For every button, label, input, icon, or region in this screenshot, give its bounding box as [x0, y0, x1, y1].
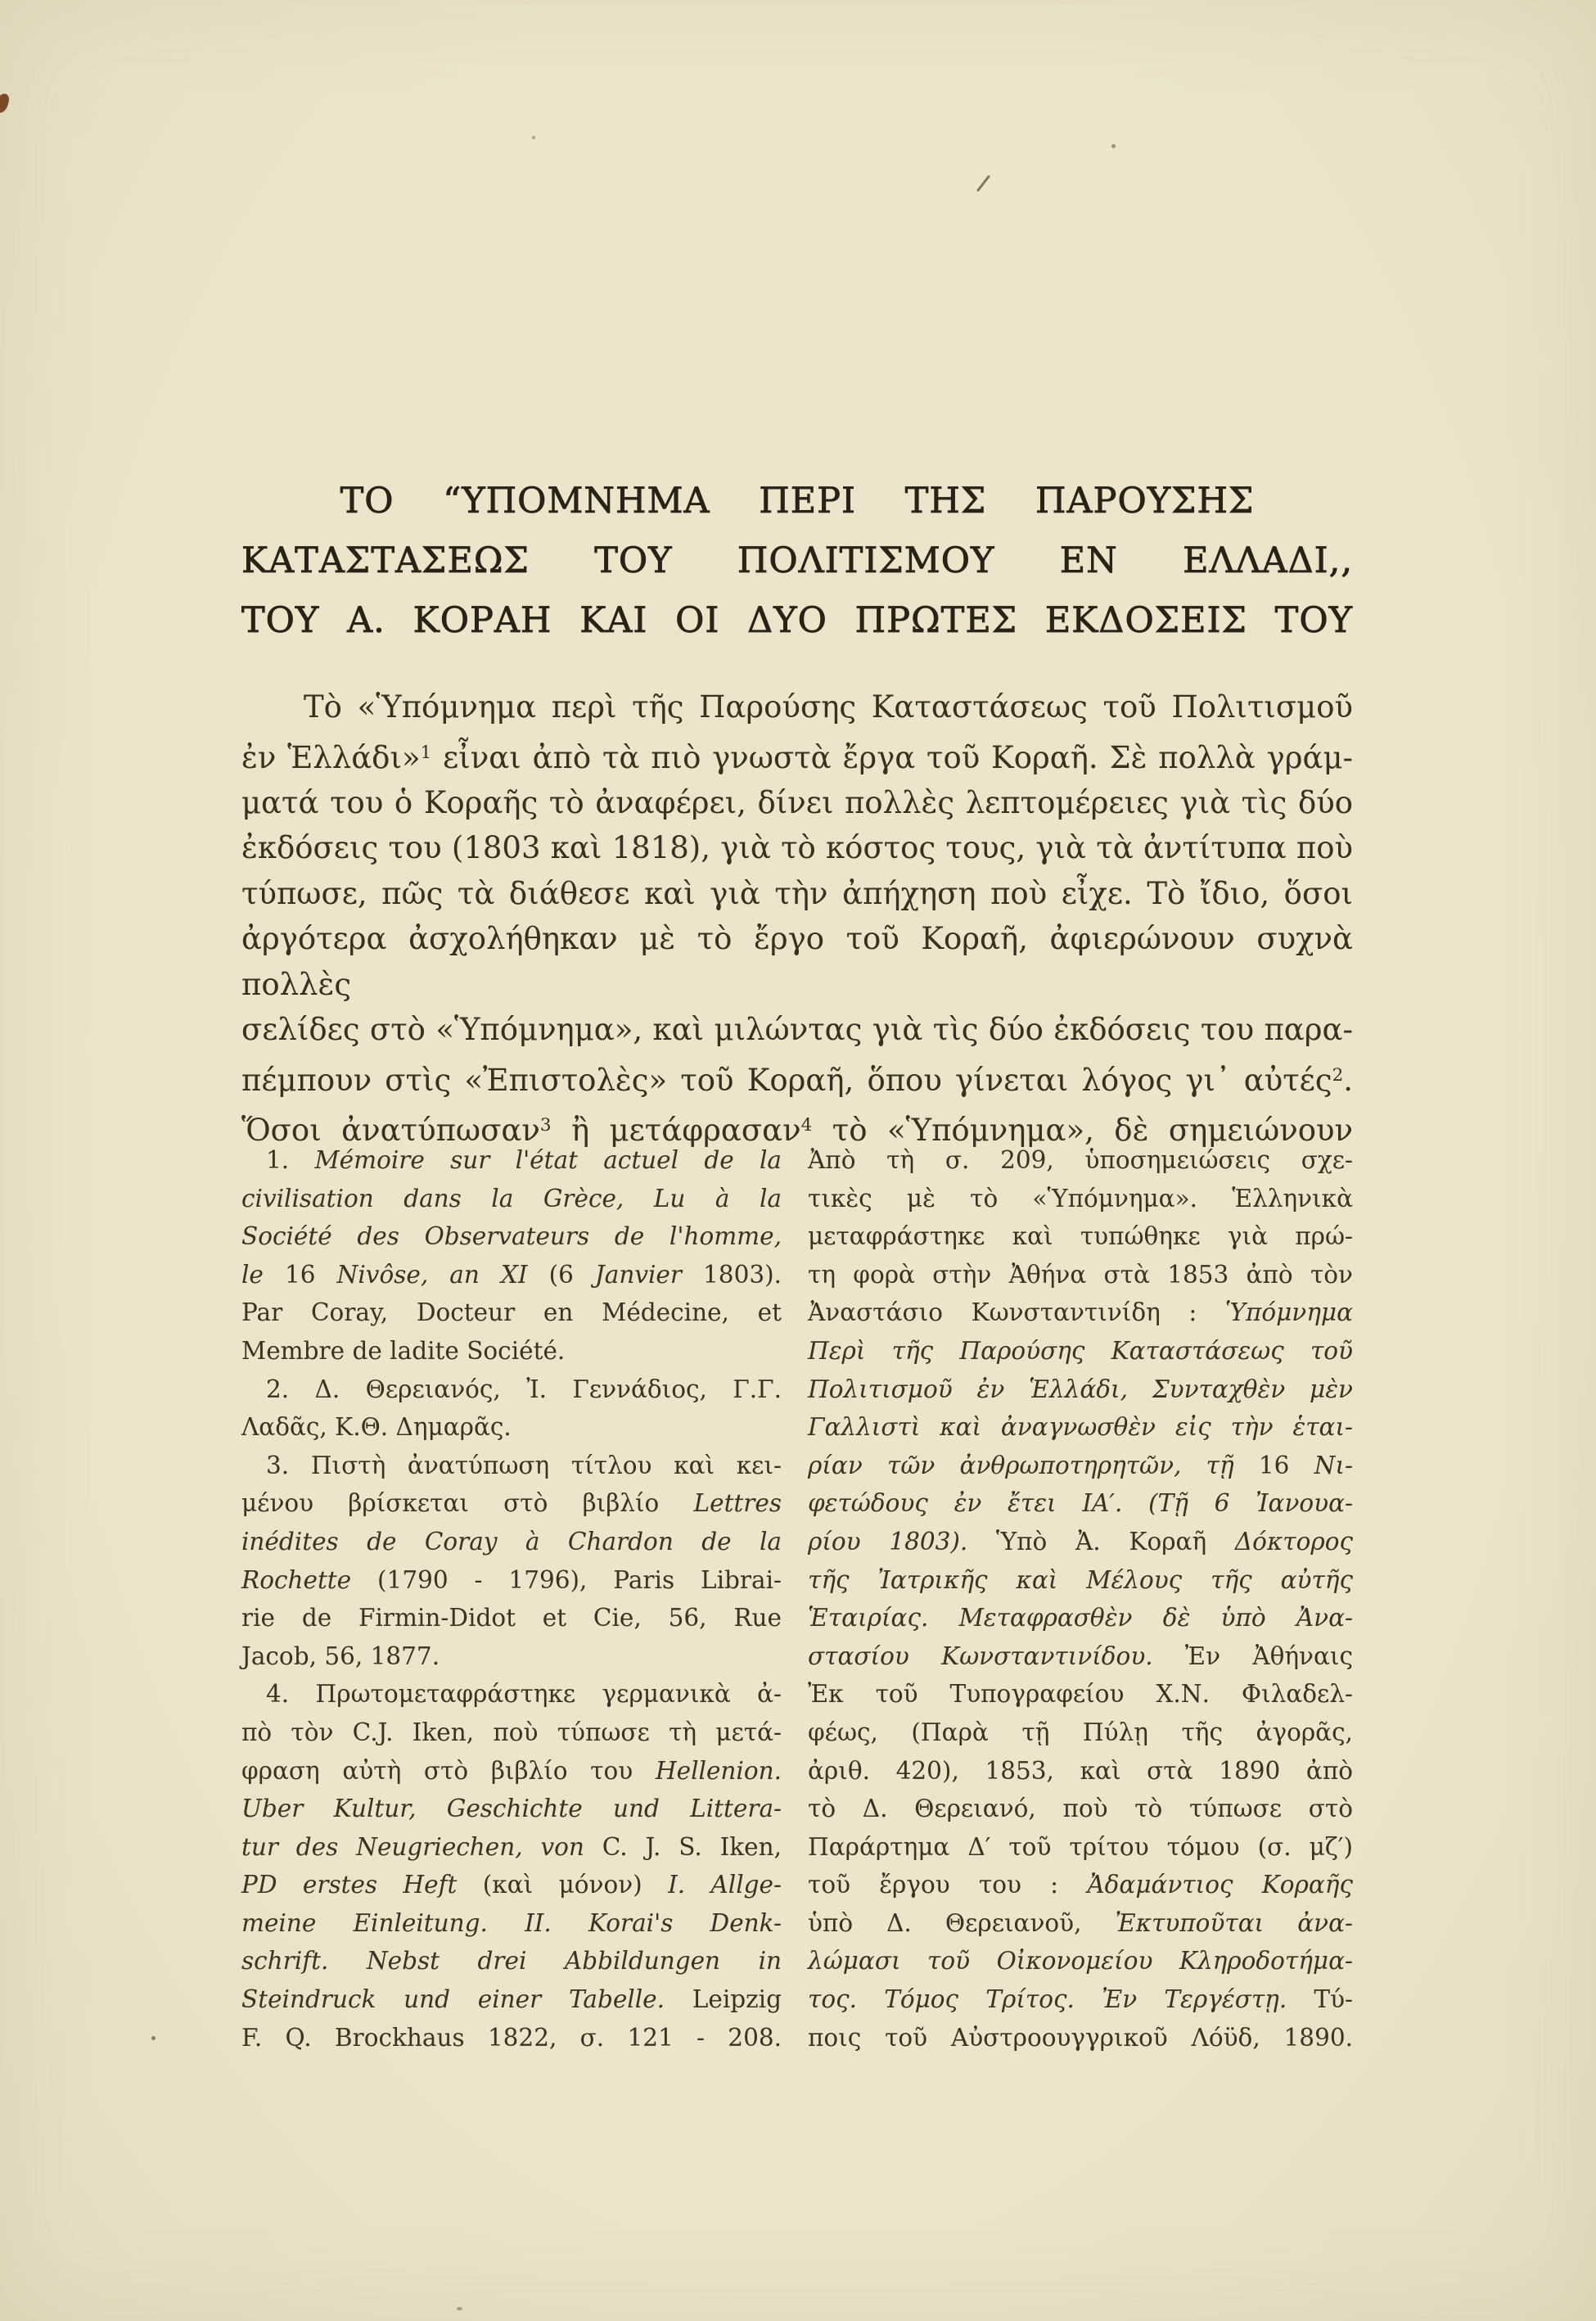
text-line: ματά του ὁ Κοραῆς τὸ ἀναφέρει, δίνει πολ… [241, 780, 1353, 826]
text-line: le 16 Nivôse, an XI (6 Janvier 1803). [241, 1256, 782, 1294]
text-line: τὸ Δ. Θερειανό, ποὺ τὸ τύπωσε στὸ [808, 1790, 1353, 1828]
text-line: Γαλλιστὶ καὶ ἀναγνωσθὲν εἰς τὴν ἑται- [808, 1408, 1353, 1447]
text-line: Τὸ «Ὑπόμνημα περὶ τῆς Παρούσης Καταστάσε… [241, 684, 1353, 730]
text-line: 1. Mémoire sur l'état actuel de la [241, 1141, 782, 1180]
title-line-3: ΤΟΥ Α. ΚΟΡΑΗ ΚΑΙ ΟΙ ΔΥΟ ΠΡΩΤΕΣ ΕΚΔΟΣΕΙΣ … [241, 591, 1353, 651]
text-line: Uber Kultur, Geschichte und Littera- [241, 1790, 782, 1828]
scanned-page: ΤΟ “ΥΠΟΜΝΗΜΑ ΠΕΡΙ ΤΗΣ ΠΑΡΟΥΣΗΣ ΚΑΤΑΣΤΑΣΕ… [0, 0, 1596, 2321]
text-line: φετώδους ἐν ἔτει ΙΑ′. (Τῇ 6 Ἰανουα- [808, 1484, 1353, 1523]
text-line: Ἀπὸ τὴ σ. 209, ὑποσημειώσεις σχε- [808, 1141, 1353, 1180]
text-line: τος. Τόμος Τρίτος. Ἐν Τεργέστῃ. Τύ- [808, 1980, 1353, 2019]
scan-speck [151, 2036, 156, 2040]
text-line: σελίδες στὸ «Ὑπόμνημα», καὶ μιλώντας γιὰ… [241, 1007, 1353, 1053]
text-line: Ἀναστάσιο Κωνσταντινίδη : Ὑπόμνημα [808, 1294, 1353, 1332]
text-line: ἀριθ. 420), 1853, καὶ στὰ 1890 ἀπὸ [808, 1752, 1353, 1790]
text-line: tur des Neugriechen, von C. J. S. Iken, [241, 1828, 782, 1867]
text-line: ὑπὸ Δ. Θερειανοῦ, Ἐκτυποῦται ἀνα- [808, 1904, 1353, 1943]
text-line: Περὶ τῆς Παρούσης Καταστάσεως τοῦ [808, 1332, 1353, 1370]
text-line: Πολιτισμοῦ ἐν Ἑλλάδι, Συνταχθὲν μὲν [808, 1370, 1353, 1409]
text-line: Jacob, 56, 1877. [241, 1637, 782, 1676]
text-line: schrift. Nebst drei Abbildungen in [241, 1942, 782, 1980]
text-line: ἀργότερα ἀσχολήθηκαν μὲ τὸ ἔργο τοῦ Κορα… [241, 916, 1353, 1007]
text-line: F. Q. Brockhaus 1822, σ. 121 - 208. [241, 2019, 782, 2057]
text-line: Rochette (1790 - 1796), Paris Librai- [241, 1561, 782, 1600]
text-line: Steindruck und einer Tabelle. Leipzig [241, 1980, 782, 2019]
text-line: Λαδᾶς, Κ.Θ. Δημαρᾶς. [241, 1408, 782, 1447]
text-line: Παράρτημα Δ′ τοῦ τρίτου τόμου (σ. μζ′) [808, 1828, 1353, 1867]
footnotes-right-column: Ἀπὸ τὴ σ. 209, ὑποσημειώσεις σχε-τικὲς μ… [808, 1141, 1353, 2057]
scan-speck [1111, 144, 1116, 148]
text-line: τικὲς μὲ τὸ «Ὑπόμνημα». Ἑλληνικὰ [808, 1180, 1353, 1218]
text-line: πέμπουν στὶς «Ἐπιστολὲς» τοῦ Κοραῆ, ὅπου… [241, 1053, 1353, 1103]
text-line: ρίου 1803). Ὑπὸ Ἀ. Κοραῆ Δόκτορος [808, 1523, 1353, 1561]
text-line: ἐκδόσεις του (1803 καὶ 1818), γιὰ τὸ κόσ… [241, 825, 1353, 871]
text-line: 3. Πιστὴ ἀνατύπωση τίτλου καὶ κει- [241, 1447, 782, 1485]
text-line: Ἑταιρίας. Μεταφρασθὲν δὲ ὑπὸ Ἀνα- [808, 1599, 1353, 1637]
text-line: rie de Firmin-Didot et Cie, 56, Rue [241, 1599, 782, 1637]
text-line: ἐν Ἑλλάδι»1 εἶναι ἀπὸ τὰ πιὸ γνωστὰ ἔργα… [241, 730, 1353, 780]
text-line: τη φορὰ στὴν Ἀθήνα στὰ 1853 ἀπὸ τὸν [808, 1256, 1353, 1294]
scan-speck [0, 92, 11, 114]
scan-speck [976, 175, 990, 192]
text-line: τοῦ ἔργου του : Ἀδαμάντιος Κοραῆς [808, 1866, 1353, 1904]
lead-paragraph: Τὸ «Ὑπόμνημα περὶ τῆς Παρούσης Καταστάσε… [241, 684, 1353, 1153]
text-line: τῆς Ἰατρικῆς καὶ Μέλους τῆς αὐτῆς [808, 1561, 1353, 1600]
text-line: 2. Δ. Θερειανός, Ἰ. Γεννάδιος, Γ.Γ. [241, 1370, 782, 1409]
text-line: Ἐκ τοῦ Τυπογραφείου Χ.Ν. Φιλαδελ- [808, 1675, 1353, 1714]
text-line: φραση αὐτὴ στὸ βιβλίο του Hellenion. [241, 1752, 782, 1790]
text-line: inédites de Coray à Chardon de la [241, 1523, 782, 1561]
text-line: μεταφράστηκε καὶ τυπώθηκε γιὰ πρώ- [808, 1217, 1353, 1256]
text-line: ρίαν τῶν ἀνθρωποτηρητῶν, τῇ 16 Νι- [808, 1447, 1353, 1485]
footnotes-left-column: 1. Mémoire sur l'état actuel de lacivili… [241, 1141, 782, 2057]
text-line: civilisation dans la Grèce, Lu à la [241, 1180, 782, 1218]
scan-speck [532, 136, 535, 139]
text-line: πὸ τὸν C.J. Iken, ποὺ τύπωσε τὴ μετά- [241, 1714, 782, 1752]
text-line: μένου βρίσκεται στὸ βιβλίο Lettres [241, 1484, 782, 1523]
text-line: τύπωσε, πῶς τὰ διάθεσε καὶ γιὰ τὴν ἀπήχη… [241, 871, 1353, 917]
text-line: ποις τοῦ Αὐστροουγγρικοῦ Λόϋδ, 1890. [808, 2019, 1353, 2057]
text-line: 4. Πρωτομεταφράστηκε γερμανικὰ ἀ- [241, 1675, 782, 1714]
scan-speck [457, 2307, 462, 2310]
text-line: meine Einleitung. II. Korai's Denk- [241, 1904, 782, 1943]
title-line-2: ΚΑΤΑΣΤΑΣΕΩΣ ΤΟΥ ΠΟΛΙΤΙΣΜΟΥ ΕΝ ΕΛΛΑΔΙ,, [241, 531, 1353, 591]
text-line: Par Coray, Docteur en Médecine, et [241, 1294, 782, 1332]
text-line: Société des Observateurs de l'homme, [241, 1217, 782, 1256]
article-title: ΤΟ “ΥΠΟΜΝΗΜΑ ΠΕΡΙ ΤΗΣ ΠΑΡΟΥΣΗΣ ΚΑΤΑΣΤΑΣΕ… [241, 472, 1353, 651]
text-line: λώμασι τοῦ Οἰκονομείου Κληροδοτήμα- [808, 1942, 1353, 1980]
title-line-1: ΤΟ “ΥΠΟΜΝΗΜΑ ΠΕΡΙ ΤΗΣ ΠΑΡΟΥΣΗΣ [241, 472, 1353, 531]
text-line: PD erstes Heft (καὶ μόνον) I. Allge- [241, 1866, 782, 1904]
text-line: Membre de ladite Société. [241, 1332, 782, 1370]
text-line: στασίου Κωνσταντινίδου. Ἐν Ἀθήναις [808, 1637, 1353, 1676]
text-line: φέως, (Παρὰ τῇ Πύλῃ τῆς ἀγορᾶς, [808, 1714, 1353, 1752]
